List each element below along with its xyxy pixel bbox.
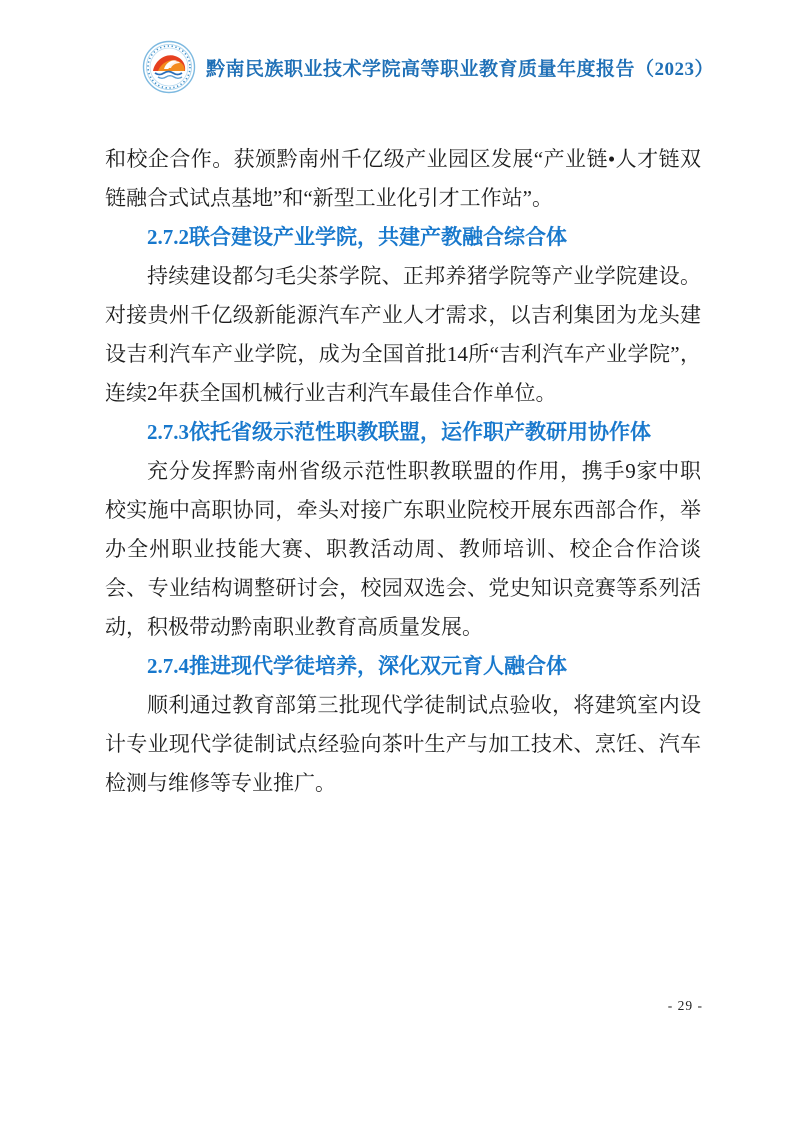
body-paragraph: 持续建设都匀毛尖茶学院、正邦养猪学院等产业学院建设。对接贵州千亿级新能源汽车产业… xyxy=(105,257,701,413)
body-paragraph: 顺利通过教育部第三批现代学徒制试点验收，将建筑室内设计专业现代学徒制试点经验向茶… xyxy=(105,686,701,803)
page-content: 和校企合作。获颁黔南州千亿级产业园区发展“产业链•人才链双链融合式试点基地”和“… xyxy=(105,140,701,803)
section-heading: 2.7.2联合建设产业学院，共建产教融合综合体 xyxy=(105,218,701,257)
section-heading: 2.7.4推进现代学徒培养，深化双元育人融合体 xyxy=(105,647,701,686)
page-number: - 29 - xyxy=(668,998,703,1014)
report-title: 黔南民族职业技术学院高等职业教育质量年度报告（2023） xyxy=(206,54,714,81)
school-logo-icon xyxy=(142,40,196,94)
body-paragraph: 充分发挥黔南州省级示范性职教联盟的作用，携手9家中职校实施中高职协同，牵头对接广… xyxy=(105,452,701,647)
body-paragraph: 和校企合作。获颁黔南州千亿级产业园区发展“产业链•人才链双链融合式试点基地”和“… xyxy=(105,140,701,218)
document-page: 黔南民族职业技术学院高等职业教育质量年度报告（2023） 和校企合作。获颁黔南州… xyxy=(0,0,793,1122)
page-header: 黔南民族职业技术学院高等职业教育质量年度报告（2023） xyxy=(142,40,714,94)
section-heading: 2.7.3依托省级示范性职教联盟，运作职产教研用协作体 xyxy=(105,413,701,452)
